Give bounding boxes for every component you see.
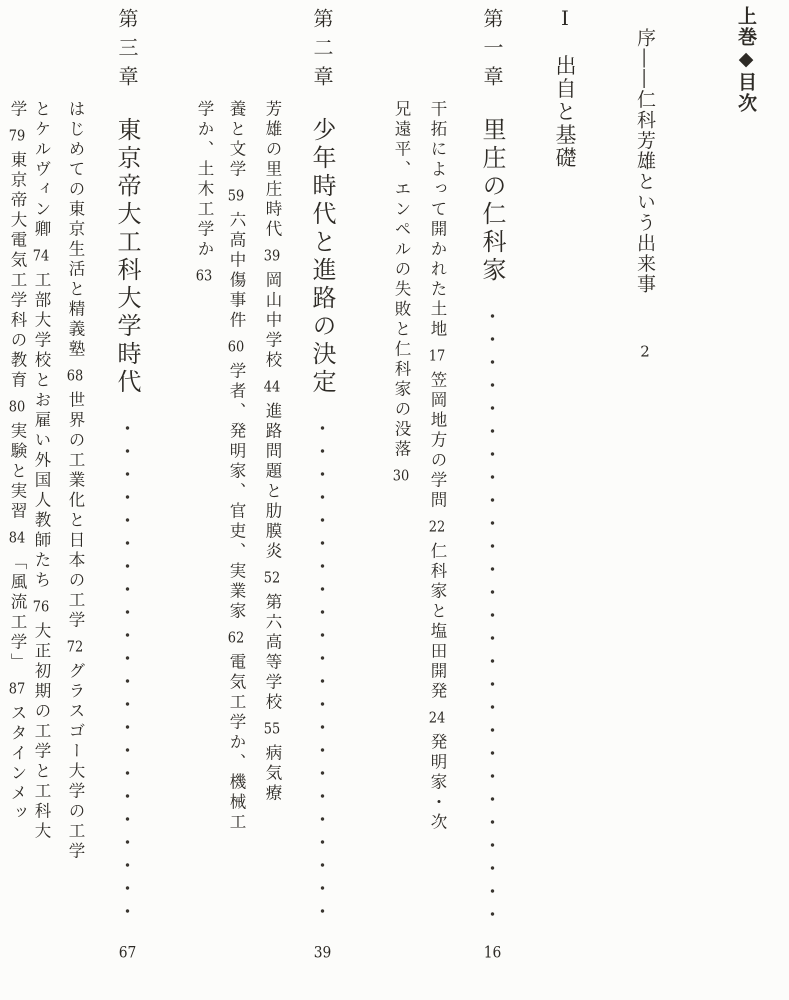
chapter-1-items-col-2: 兄遠平、エンペルの失敗と仁科家の没落30	[383, 100, 409, 980]
item-page-number: 55	[263, 721, 281, 736]
chapter-2-items-col-2: 養と文学59六高中傷事件60学者、発明家、官吏、実業家62電気工学か、機械工	[218, 100, 244, 980]
toc-item-text: 学	[8, 100, 27, 120]
item-page-number: 79	[8, 128, 26, 143]
item-page-number: 44	[263, 379, 281, 394]
item-page-number: 39	[263, 248, 281, 263]
dot-leader	[490, 305, 495, 930]
item-page-number: 30	[392, 468, 410, 483]
item-page-number: 63	[195, 268, 213, 283]
item-page-number: 17	[428, 348, 446, 363]
chapter-2-page-number: 39	[314, 944, 330, 960]
item-page-number: 80	[8, 399, 26, 414]
item-page-number: 62	[227, 630, 245, 645]
toc-item-text: 学か、土木工学か	[195, 100, 214, 260]
dot-leader	[125, 417, 130, 930]
chapter-1-label: 第一章	[482, 8, 502, 95]
chapter-1-items-col-1: 干拓によって開かれた土地17笠岡地方の学問22仁科家と塩田開発24発明家・次	[419, 100, 445, 980]
item-page-number: 72	[66, 639, 84, 654]
chapter-3-page-number: 67	[119, 944, 135, 960]
toc-item-text: とケルヴィン卿	[32, 100, 51, 240]
toc-item-text: 干拓によって開かれた土地	[428, 100, 447, 340]
toc-item-text: 第六高等学校	[263, 593, 282, 713]
chapter-3-title: 東京帝大工科大学時代	[115, 117, 139, 397]
toc-item-text: 兄遠平、エンペルの失敗と仁科家の没落	[392, 100, 411, 460]
chapter-1-title: 里庄の仁科家	[480, 117, 504, 285]
toc-item-text: 学者、発明家、官吏、実業家	[227, 362, 246, 622]
chapter-1-page-number: 16	[484, 944, 500, 960]
preface-row: 序――仁科芳雄という出来事 2	[620, 28, 654, 359]
toc-item-text: 大正初期の工学と工科大	[32, 622, 51, 842]
item-page-number: 59	[227, 188, 245, 203]
chapter-2-items-col-3: 学か、土木工学か63	[186, 100, 212, 980]
chapter-2-title: 少年時代と進路の決定	[310, 117, 334, 397]
chapter-row-3: 第三章 東京帝大工科大学時代 67	[109, 8, 145, 960]
toc-item-text: 東京帝大電気工学科の教育	[8, 151, 27, 391]
chapter-2-label: 第二章	[312, 8, 332, 95]
chapter-2-items-col-1: 芳雄の里庄時代39岡山中学校44進路問題と肋膜炎52第六高等学校55病気療	[254, 100, 280, 980]
toc-item-text: 世界の工業化と日本の工学	[66, 391, 85, 631]
part-heading: I 出自と基礎	[541, 8, 575, 170]
toc-page: 上巻◆目次 序――仁科芳雄という出来事 2 I 出自と基礎 第一章 里庄の仁科家…	[0, 0, 789, 1000]
item-page-number: 74	[32, 248, 50, 263]
book-title: 上巻◆目次	[719, 6, 755, 114]
toc-item-text: はじめての東京生活と精義塾	[66, 100, 85, 360]
chapter-3-items-col-1: はじめての東京生活と精義塾68世界の工業化と日本の工学72グラスゴー大学の工学	[57, 100, 83, 980]
toc-item-text: 発明家・次	[428, 733, 447, 833]
toc-item-text: 進路問題と肋膜炎	[263, 402, 282, 562]
dot-leader	[320, 417, 325, 930]
toc-item-text: 笠岡地方の学問	[428, 371, 447, 511]
toc-item-text: 実験と実習	[8, 422, 27, 522]
item-page-number: 87	[8, 681, 26, 696]
part-title: 出自と基礎	[553, 55, 577, 170]
toc-item-text: 養と文学	[227, 100, 246, 180]
toc-item-text: 工部大学校とお雇い外国人教師たち	[32, 271, 51, 591]
toc-item-text: 六高中傷事件	[227, 211, 246, 331]
part-numeral: I	[553, 8, 577, 28]
chapter-3-label: 第三章	[117, 8, 137, 95]
preface-title: 序――仁科芳雄という出来事	[634, 28, 656, 295]
chapter-3-items-col-3: 学79東京帝大電気工学科の教育80実験と実習84「風流工学」87スタインメッ	[0, 100, 25, 980]
item-page-number: 22	[428, 519, 446, 534]
item-page-number: 24	[428, 710, 446, 725]
toc-item-text: 芳雄の里庄時代	[263, 100, 282, 240]
chapter-row-2: 第二章 少年時代と進路の決定 39	[304, 8, 340, 960]
toc-item-text: グラスゴー大学の工学	[66, 662, 85, 862]
toc-item-text: 病気療	[263, 744, 282, 804]
item-page-number: 52	[263, 570, 281, 585]
toc-item-text: スタインメッ	[8, 704, 27, 824]
toc-item-text: 「風流工学」	[8, 553, 27, 673]
toc-item-text: 岡山中学校	[263, 271, 282, 371]
item-page-number: 76	[32, 599, 50, 614]
item-page-number: 60	[227, 339, 245, 354]
item-page-number: 84	[8, 530, 26, 545]
item-page-number: 68	[66, 368, 84, 383]
toc-item-text: 電気工学か、機械工	[227, 653, 246, 833]
chapter-row-1: 第一章 里庄の仁科家 16	[474, 8, 510, 960]
toc-item-text: 仁科家と塩田開発	[428, 542, 447, 702]
preface-page-number: 2	[636, 344, 654, 359]
